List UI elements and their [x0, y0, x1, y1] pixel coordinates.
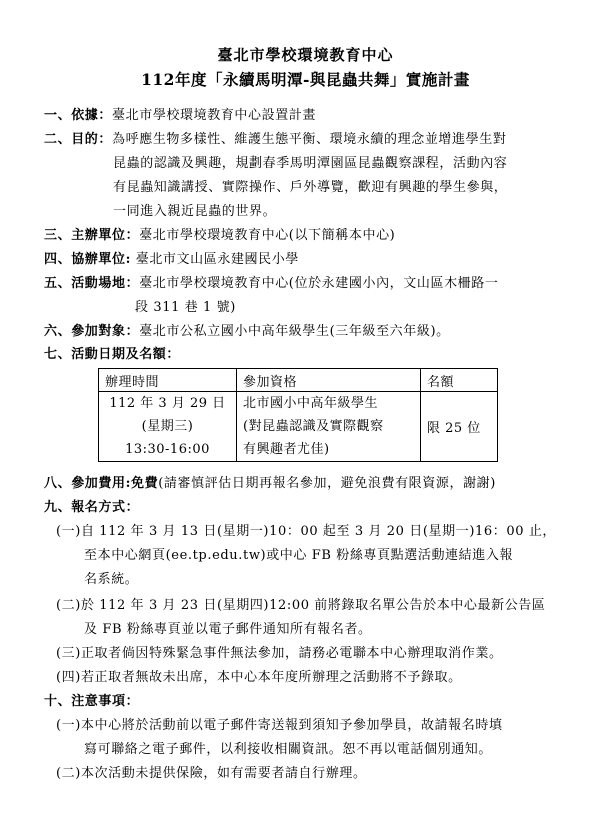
- section-fee: 八、參加費用:免費(請審慎評估日期再報名參加，避免浪費有限資源，謝謝): [44, 476, 496, 492]
- registration-item-cont: 名系統。: [84, 572, 138, 588]
- plan-title: 112年度「永續馬明潭-與昆蟲共舞」實施計畫: [0, 68, 611, 90]
- table-row: 112 年 3 月 29 日 (星期三) 13:30-16:00 北市國小中高年…: [99, 392, 498, 462]
- time-date: 112 年 3 月 29 日: [105, 392, 230, 415]
- eligibility-line: 北市國小中高年級學生: [243, 392, 414, 415]
- section-notes: 十、注意事項：: [44, 694, 139, 710]
- section-co-organizer: 四、協辦單位: 臺北市文山區永建國民小學: [44, 252, 299, 268]
- section-target: 六、參加對象：臺北市公私立國小中高年級學生(三年級至六年級)。: [44, 324, 450, 340]
- schedule-table: 辦理時間 參加資格 名額 112 年 3 月 29 日 (星期三) 13:30-…: [98, 368, 498, 462]
- section-text: 臺北市學校環境教育中心(以下簡稱本中心): [139, 228, 395, 243]
- section-label: 五、活動場地：: [44, 276, 139, 291]
- section-text: 臺北市文山區永建國民小學: [136, 252, 299, 267]
- section-label: 二、目的：: [44, 132, 112, 147]
- registration-item-cont: 及 FB 粉絲專頁並以電子郵件通知所有報名者。: [84, 622, 372, 638]
- table-header-quota: 名額: [421, 369, 498, 392]
- section-text: 為呼應生物多樣性、維護生態平衡、環境永續的理念並增進學生對: [112, 132, 506, 147]
- table-header-eligibility: 參加資格: [237, 369, 421, 392]
- table-header-row: 辦理時間 參加資格 名額: [99, 369, 498, 392]
- org-title: 臺北市學校環境教育中心: [0, 44, 611, 65]
- section-label: 三、主辦單位：: [44, 228, 139, 243]
- section-date-quota: 七、活動日期及名額：: [44, 347, 180, 363]
- section-organizer: 三、主辦單位：臺北市學校環境教育中心(以下簡稱本中心): [44, 228, 395, 244]
- section-text: 昆蟲的認識及興趣，規劃春季馬明潭園區昆蟲觀察課程，活動內容: [113, 156, 507, 172]
- registration-item-cont: 至本中心網頁(ee.tp.edu.tw)或中心 FB 粉絲專頁點選活動連結進入報: [84, 548, 513, 564]
- section-label: 一、依據：: [44, 108, 112, 123]
- section-registration: 九、報名方式：: [44, 500, 139, 516]
- section-purpose: 二、目的：為呼應生物多樣性、維護生態平衡、環境永續的理念並增進學生對: [44, 132, 506, 148]
- section-text: 有昆蟲知識講授、實際操作、戶外導覽，歡迎有興趣的學生參與，: [113, 180, 507, 196]
- table-header-time: 辦理時間: [99, 369, 237, 392]
- section-text: (請審慎評估日期再報名參加，避免浪費有限資源，謝謝): [158, 476, 496, 491]
- table-cell-time: 112 年 3 月 29 日 (星期三) 13:30-16:00: [99, 392, 237, 462]
- time-hours: 13:30-16:00: [105, 438, 230, 461]
- section-basis: 一、依據：臺北市學校環境教育中心設置計畫: [44, 108, 316, 124]
- registration-item: (二)於 112 年 3 月 23 日(星期四)12:00 前將錄取名單公告於本…: [56, 598, 546, 614]
- eligibility-line: 有興趣者尤佳): [243, 438, 414, 461]
- table-cell-eligibility: 北市國小中高年級學生 (對昆蟲認識及實際觀察 有興趣者尤佳): [237, 392, 421, 462]
- section-label: 八、參加費用:: [44, 476, 131, 491]
- eligibility-line: (對昆蟲認識及實際觀察: [243, 415, 414, 438]
- section-text: 臺北市公私立國小中高年級學生(三年級至六年級)。: [139, 324, 450, 339]
- notes-item: (二)本次活動未提供保險，如有需要者請自行辦理。: [56, 766, 367, 782]
- section-text: 一同進入親近昆蟲的世界。: [113, 204, 276, 220]
- notes-item: (一)本中心將於活動前以電子郵件寄送報到須知予參加學員，故請報名時填: [56, 718, 503, 734]
- section-text: 臺北市學校環境教育中心設置計畫: [112, 108, 316, 123]
- section-text: 臺北市學校環境教育中心(位於永建國小內，文山區木柵路一: [139, 276, 498, 291]
- registration-item: (四)若正取者無故未出席，本中心本年度所辦理之活動將不予錄取。: [56, 670, 462, 686]
- section-label: 四、協辦單位:: [44, 252, 131, 267]
- fee-value: 免費: [131, 476, 158, 491]
- section-venue: 五、活動場地：臺北市學校環境教育中心(位於永建國小內，文山區木柵路一: [44, 276, 498, 292]
- section-label: 六、參加對象：: [44, 324, 139, 339]
- section-text: 段 311 巷 1 號): [135, 300, 236, 316]
- registration-item: (一)自 112 年 3 月 13 日(星期一)10：00 起至 3 月 20 …: [56, 524, 556, 540]
- table-cell-quota: 限 25 位: [421, 392, 498, 462]
- registration-item: (三)正取者倘因特殊緊急事件無法參加，請務必電聯本中心辦理取消作業。: [56, 646, 503, 662]
- notes-item-cont: 寫可聯絡之電子郵件，以利接收相關資訊。恕不再以電話個別通知。: [84, 742, 492, 758]
- time-weekday: (星期三): [105, 415, 230, 438]
